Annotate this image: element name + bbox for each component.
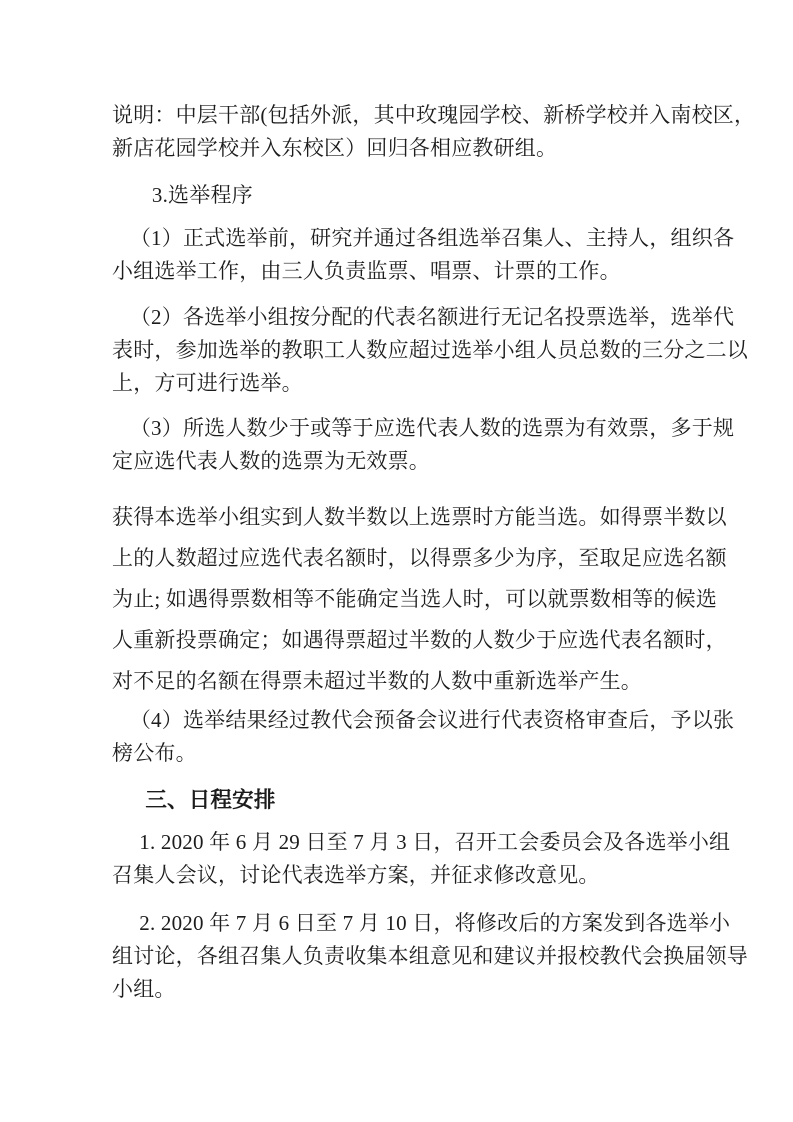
document-page: 说明：中层干部(包括外派，其中玫瑰园学校、新桥学校并入南校区， 新店花园学校并入…	[0, 0, 793, 1122]
paragraph-item-2: （2）各选举小组按分配的代表名额进行无记名投票选举，选举代 表时，参加选举的教职…	[112, 301, 686, 400]
document-body: 说明：中层干部(包括外派，其中玫瑰园学校、新桥学校并入南校区， 新店花园学校并入…	[112, 99, 686, 1006]
paragraph-schedule-2: 2. 2020 年 7 月 6 日至 7 月 10 日，将修改后的方案发到各选举…	[112, 907, 686, 1006]
paragraph-item-1: （1）正式选举前，研究并通过各组选举召集人、主持人，组织各 小组选举工作，由三人…	[112, 222, 686, 288]
paragraph-schedule-1: 1. 2020 年 6 月 29 日至 7 月 3 日，召开工会委员会及各选举小…	[112, 826, 686, 892]
paragraph-note: 说明：中层干部(包括外派，其中玫瑰园学校、新桥学校并入南校区， 新店花园学校并入…	[112, 99, 686, 165]
paragraph-item-3: （3）所选人数少于或等于应选代表人数的选票为有效票，多于规 定应选代表人数的选票…	[112, 412, 686, 478]
subheading-election-procedure: 3.选举程序	[112, 179, 686, 212]
paragraph-election-rules: 获得本选举小组实到人数半数以上选票时方能当选。如得票半数以 上的人数超过应选代表…	[112, 497, 686, 702]
heading-schedule: 三、日程安排	[112, 784, 686, 817]
paragraph-item-4: （4）选举结果经过教代会预备会议进行代表资格审查后，予以张 榜公布。	[112, 704, 686, 770]
